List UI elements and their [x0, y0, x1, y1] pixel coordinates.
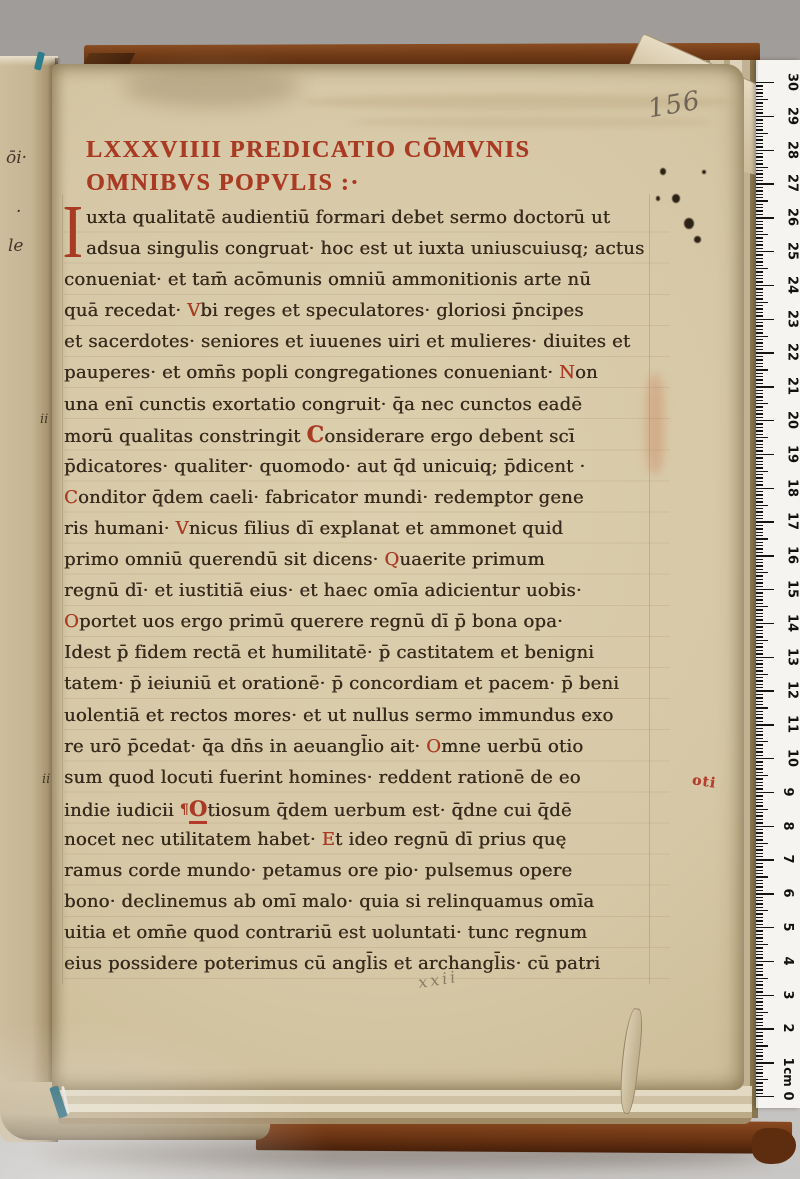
- ruler-tick: [756, 846, 763, 847]
- ruler-tick: [756, 1042, 763, 1043]
- ruler-tick: [756, 826, 774, 827]
- ruler-tick: [756, 751, 763, 752]
- ruler-tick: [756, 920, 763, 921]
- ruler-tick: [756, 413, 763, 414]
- ruler-tick: [756, 187, 763, 188]
- ruler-tick: [756, 663, 763, 664]
- ruler-tick: [756, 292, 763, 293]
- text-segment: pauperes· et omn̄s popli congregationes …: [64, 362, 559, 383]
- ruler-tick: [756, 96, 763, 97]
- ruler-tick: [756, 748, 763, 749]
- ruler-tick: [756, 265, 763, 266]
- ruler-tick: [756, 883, 763, 884]
- text-line: Idest p̄ fidem rectā et humilitatē· p̄ c…: [64, 637, 670, 668]
- ruler-number: 2: [780, 1024, 795, 1033]
- ruler-tick: [756, 761, 763, 762]
- ruler-tick: [756, 85, 763, 86]
- ruler-tick: [756, 440, 763, 441]
- text-segment: mne uerbū otio: [441, 736, 583, 757]
- ruler-tick: [756, 163, 763, 164]
- ruler-tick: [756, 1059, 763, 1060]
- text-line: conueniat· et tam̄ acōmunis omniū ammoni…: [64, 264, 670, 295]
- ruler-tick: [756, 870, 763, 871]
- ruler-number: 29: [785, 107, 800, 125]
- ruler-tick: [756, 538, 768, 539]
- text-line: regnū dī· et iustitiā eius· et haec omīa…: [64, 575, 670, 606]
- ruler-tick: [756, 717, 763, 718]
- gutter-text-fragment: le: [8, 236, 24, 256]
- ruler-tick: [756, 423, 763, 424]
- ruler-tick: [756, 1076, 763, 1077]
- ink-stain: [660, 168, 666, 175]
- ruler-tick: [756, 92, 763, 93]
- ruler-tick: [756, 968, 763, 969]
- text-segment: quā recedat·: [64, 300, 187, 321]
- ruler-number: 13: [785, 648, 800, 666]
- ruler-tick: [756, 1045, 768, 1046]
- rubricated-letter: O: [64, 611, 79, 632]
- ruler-tick: [756, 937, 763, 938]
- ruler-tick: [756, 1022, 763, 1023]
- text-segment: p̄dicatores· qualiter· quomodo· aut q̄d …: [64, 456, 585, 477]
- ruler-tick: [756, 180, 763, 181]
- ruler-tick: [756, 701, 763, 702]
- ruler-tick: [756, 143, 763, 144]
- text-line: quā recedat· Vbi reges et speculatores· …: [64, 295, 670, 326]
- ruler-tick: [756, 640, 768, 641]
- ruler-tick: [756, 545, 763, 546]
- facing-page-bottom-edge: [0, 1082, 270, 1140]
- ruler-tick: [756, 927, 774, 928]
- text-segment: uolentiā et rectos mores· et ut nullus s…: [64, 705, 613, 726]
- ruler-tick: [756, 785, 763, 786]
- ruler-tick: [756, 434, 763, 435]
- ruler-tick: [756, 707, 768, 708]
- ruler-tick: [756, 258, 763, 259]
- ruler-tick: [756, 606, 768, 607]
- text-line: bono· declinemus ab omī malo· quia si re…: [64, 886, 670, 917]
- ruler-tick: [756, 815, 763, 816]
- red-margin-gloss: oti: [691, 772, 717, 792]
- ruler-tick: [756, 288, 763, 289]
- ruler-tick: [756, 805, 763, 806]
- bookmark-thread-bottom: [49, 1085, 67, 1118]
- ruler-tick: [756, 917, 763, 918]
- ruler-tick: [756, 687, 763, 688]
- ruler-tick: [756, 775, 768, 776]
- text-line: et sacerdotes· seniores et iuuenes uiri …: [64, 326, 670, 357]
- ruler-tick: [756, 734, 763, 735]
- ruler-number: 30: [785, 73, 800, 91]
- ruler-tick: [756, 275, 763, 276]
- ruler-tick: [756, 156, 763, 157]
- ruler-tick: [756, 437, 768, 438]
- ruler-tick: [756, 139, 763, 140]
- ruler-tick: [756, 528, 763, 529]
- ruler-tick: [756, 515, 763, 516]
- ruler-tick: [756, 903, 763, 904]
- ruler-tick: [756, 586, 763, 587]
- text-line: re urō p̄cedat· q̄a dn̄s in aeuangl̄io a…: [64, 731, 670, 762]
- rubricated-letter: C: [64, 487, 78, 508]
- text-line: nocet nec utilitatem habet· Et ideo regn…: [64, 824, 670, 855]
- ruler-tick: [756, 346, 763, 347]
- ruler-tick: [756, 119, 763, 120]
- ruler-tick: [756, 809, 768, 810]
- ruler-tick: [756, 660, 763, 661]
- ruler-tick: [756, 613, 763, 614]
- ruler-tick: [756, 853, 763, 854]
- ink-stain: [684, 218, 694, 229]
- page-bottom-edges: [58, 1086, 752, 1124]
- ruler-tick: [756, 271, 763, 272]
- photo-backdrop: ōi··leiiii 156 LXXXVIIII PREDICATIO CŌMV…: [0, 0, 800, 1179]
- ruling-line-left: [62, 194, 63, 984]
- ruler-number: 19: [785, 445, 800, 463]
- ruler-tick: [756, 893, 774, 894]
- text-line: p̄dicatores· qualiter· quomodo· aut q̄d …: [64, 451, 670, 482]
- ruler-tick: [756, 204, 763, 205]
- ruler-tick: [756, 1018, 763, 1019]
- ruler-tick: [756, 653, 763, 654]
- ruler-tick: [756, 224, 763, 225]
- ruler-tick: [756, 383, 763, 384]
- ruler-tick: [756, 494, 763, 495]
- manuscript-page: 156 LXXXVIIII PREDICATIO CŌMVNIS OMNIBVS…: [52, 64, 744, 1090]
- ruler-tick: [756, 616, 763, 617]
- ruler-tick: [756, 863, 763, 864]
- ruler-tick: [756, 849, 763, 850]
- ruler-tick: [756, 1093, 763, 1094]
- ruler-tick: [756, 447, 763, 448]
- ink-stain: [656, 196, 660, 201]
- ruler-tick: [756, 237, 763, 238]
- text-segment: Idest p̄ fidem rectā et humilitatē· p̄ c…: [64, 642, 594, 663]
- ruler-tick: [756, 379, 763, 380]
- leather-cover-corner: [752, 1128, 796, 1164]
- ruler-tick: [756, 481, 763, 482]
- ruler-tick: [756, 106, 763, 107]
- text-segment: uxta qualitatē audientiū formari debet s…: [86, 207, 610, 228]
- ruler-tick: [756, 1028, 774, 1029]
- ruler-tick: [756, 596, 763, 597]
- ruler-number: 17: [785, 512, 800, 530]
- ink-stain: [672, 194, 680, 203]
- ruler-tick: [756, 1001, 763, 1002]
- ruler-tick: [756, 836, 763, 837]
- ruler-tick: [756, 332, 763, 333]
- ruler-tick: [756, 694, 763, 695]
- gutter-text-fragment: ii: [42, 772, 50, 787]
- text-segment: onditor q̄dem caeli· fabricator mundi· r…: [78, 487, 584, 508]
- ruler-number: 27: [785, 174, 800, 192]
- text-segment: adsua singulis congruat· hoc est ut iuxt…: [86, 238, 644, 259]
- ruler-tick: [756, 298, 763, 299]
- ruler-tick: [756, 1032, 763, 1033]
- text-line: Oportet uos ergo primū querere regnū dī …: [64, 606, 670, 637]
- ruler-tick: [756, 572, 768, 573]
- ruler-number: 21: [785, 377, 800, 395]
- ruler-tick: [756, 988, 763, 989]
- ruler-tick: [756, 930, 763, 931]
- ruler-tick: [756, 552, 763, 553]
- ruler-tick: [756, 254, 763, 255]
- ruler-tick: [756, 802, 763, 803]
- ruler-tick: [756, 957, 763, 958]
- ruler-tick: [756, 82, 774, 83]
- ruler-tick: [756, 129, 763, 130]
- ruler-tick: [756, 133, 768, 134]
- ruler-tick: [756, 315, 763, 316]
- ruler-tick: [756, 390, 763, 391]
- ruler-tick: [756, 1035, 763, 1036]
- facing-page-sliver: ōi··leiiii: [0, 56, 58, 1142]
- ruler-tick: [756, 251, 774, 252]
- ruler-tick: [756, 886, 763, 887]
- ruler-number: 0: [780, 1091, 795, 1100]
- bookmark-thread-bottom: [61, 1086, 70, 1114]
- ruler-tick: [756, 342, 763, 343]
- ruler-tick: [756, 1005, 763, 1006]
- text-line: adsua singulis congruat· hoc est ut iuxt…: [64, 233, 670, 264]
- ruler-tick: [756, 866, 763, 867]
- ruler-tick: [756, 991, 763, 992]
- ruler-tick: [756, 799, 763, 800]
- ruler-tick: [756, 369, 768, 370]
- text-segment: re urō p̄cedat· q̄a dn̄s in aeuangl̄io a…: [64, 736, 426, 757]
- text-line: eius possidere poterimus cū angl̄is et a…: [64, 948, 670, 979]
- ruler-tick: [756, 792, 774, 793]
- ruler-tick: [756, 146, 763, 147]
- ruler-tick: [756, 714, 763, 715]
- ruler-tick: [756, 562, 763, 563]
- ruler-tick: [756, 728, 763, 729]
- ruler-tick: [756, 680, 763, 681]
- ruler-number: 1: [780, 1058, 795, 1067]
- ruler-number: 16: [785, 546, 800, 564]
- ruler-tick: [756, 329, 763, 330]
- ruler-tick: [756, 471, 768, 472]
- ruler-tick: [756, 403, 768, 404]
- ruler-tick: [756, 525, 763, 526]
- text-segment: nocet nec utilitatem habet·: [64, 829, 322, 850]
- ruler-tick: [756, 295, 763, 296]
- ruler-tick: [756, 670, 763, 671]
- ruler-tick: [756, 393, 763, 394]
- ruler-tick: [756, 1086, 763, 1087]
- ruler-tick: [756, 396, 763, 397]
- ruler-tick: [756, 619, 763, 620]
- ruler-tick: [756, 565, 763, 566]
- ruler-tick: [756, 559, 763, 560]
- ruler-number: 26: [785, 208, 800, 226]
- ruler-tick: [756, 376, 763, 377]
- rubricated-letter: O: [189, 796, 208, 824]
- ruler-tick: [756, 744, 763, 745]
- ruler-tick: [756, 636, 763, 637]
- text-segment: bi reges et speculatores· gloriosi p̄nci…: [200, 300, 583, 321]
- ruler-tick: [756, 99, 768, 100]
- ruler-tick: [756, 592, 763, 593]
- ruler-tick: [756, 231, 763, 232]
- text-segment: una enī cunctis exortatio congruit· q̄a …: [64, 394, 582, 415]
- ruler-tick: [756, 721, 763, 722]
- text-line: morū qualitas constringit Considerare er…: [64, 420, 670, 451]
- ruler-tick: [756, 430, 763, 431]
- ruler-tick: [756, 450, 763, 451]
- ruler-tick: [756, 190, 763, 191]
- ruler-tick: [756, 843, 768, 844]
- ruler-tick: [756, 876, 768, 877]
- ruler-number: 6: [780, 889, 795, 898]
- ruler-tick: [756, 873, 763, 874]
- ruler-tick: [756, 491, 763, 492]
- ruler-tick: [756, 532, 763, 533]
- ruler-number: 9: [780, 787, 795, 796]
- ruler-tick: [756, 795, 763, 796]
- text-segment: primo omniū querendū sit dicens·: [64, 549, 384, 570]
- text-segment: ramus corde mundo· petamus ore pio· puls…: [64, 860, 572, 881]
- ruler-tick: [756, 308, 763, 309]
- text-segment: ris humani·: [64, 518, 176, 539]
- ruler-tick: [756, 234, 768, 235]
- ruler-tick: [756, 1015, 763, 1016]
- ruler-tick: [756, 359, 763, 360]
- ruler-tick: [756, 386, 774, 387]
- ruler-tick: [756, 964, 763, 965]
- ruler-tick: [756, 772, 763, 773]
- ruler-number: 24: [785, 276, 800, 294]
- ruler-tick: [756, 890, 763, 891]
- ruler-tick: [756, 406, 763, 407]
- ruler-tick: [756, 856, 763, 857]
- ruler-tick: [756, 738, 763, 739]
- ruler-number: 11: [785, 715, 800, 733]
- ruler-tick: [756, 474, 763, 475]
- ruler-tick: [756, 177, 763, 178]
- rubric-heading: LXXXVIIII PREDICATIO CŌMVNIS OMNIBVS POP…: [86, 134, 530, 200]
- ruler-tick: [756, 1025, 763, 1026]
- ruler-tick: [756, 363, 763, 364]
- ruler-tick: [756, 758, 774, 759]
- ruler-tick: [756, 768, 763, 769]
- ruler-tick: [756, 227, 763, 228]
- text-line: sum quod locuti fuerint homines· reddent…: [64, 762, 670, 793]
- rubricated-letter: E: [322, 829, 335, 850]
- ruler-tick: [756, 839, 763, 840]
- ruler-tick: [756, 704, 763, 705]
- text-segment: conueniat· et tam̄ acōmunis omniū ammoni…: [64, 269, 591, 290]
- ruler-tick: [756, 356, 763, 357]
- ruler-tick: [756, 153, 763, 154]
- ruler-tick: [756, 319, 774, 320]
- ruler-tick: [756, 325, 763, 326]
- ruler-tick: [756, 812, 763, 813]
- ruler-tick: [756, 200, 768, 201]
- ruler-tick: [756, 484, 763, 485]
- ruler-tick: [756, 410, 763, 411]
- text-line: uolentiā et rectos mores· et ut nullus s…: [64, 700, 670, 731]
- text-line: indie iudicii ¶Otiosum q̄dem uerbum est·…: [64, 793, 670, 824]
- ruler-tick: [756, 589, 774, 590]
- ruler-tick: [756, 684, 763, 685]
- ruler-tick: [756, 650, 763, 651]
- ruler-tick: [756, 194, 763, 195]
- ruler-tick: [756, 1066, 763, 1067]
- ruler-tick: [756, 214, 763, 215]
- ruler-tick: [756, 1049, 763, 1050]
- ruler-tick: [756, 210, 763, 211]
- ruler-tick: [756, 302, 768, 303]
- ruler-tick: [756, 1082, 763, 1083]
- ruler-tick: [756, 765, 763, 766]
- ink-stain: [694, 236, 701, 243]
- ruler-tick: [756, 285, 774, 286]
- ruler-tick: [756, 951, 763, 952]
- ruler-tick: [756, 677, 763, 678]
- ruler-tick: [756, 998, 763, 999]
- ruler-number: 5: [780, 922, 795, 931]
- ruler-tick: [756, 109, 763, 110]
- ruler-tick: [756, 1039, 763, 1040]
- text-line: una enī cunctis exortatio congruit· q̄a …: [64, 389, 670, 420]
- ruler-number: 23: [785, 310, 800, 328]
- ruler-tick: [756, 126, 763, 127]
- ruler-number: 4: [780, 956, 795, 965]
- ruler-tick: [756, 420, 774, 421]
- ruler-tick: [756, 788, 763, 789]
- ruler-tick: [756, 910, 768, 911]
- ruler-tick: [756, 457, 763, 458]
- ruler-tick: [756, 924, 763, 925]
- ruler-tick: [756, 535, 763, 536]
- body-text: uxta qualitatē audientiū formari debet s…: [64, 202, 670, 979]
- text-segment: onsiderare ergo debent scī: [324, 426, 574, 447]
- ruler-number: 3: [780, 990, 795, 999]
- ruler-tick: [756, 336, 768, 337]
- ruler-tick: [756, 880, 763, 881]
- ruler-tick: [756, 160, 763, 161]
- ruler-tick: [756, 822, 763, 823]
- ruler-tick: [756, 954, 763, 955]
- ruler-tick: [756, 305, 763, 306]
- ruler-number: 8: [780, 821, 795, 830]
- ruler-tick: [756, 555, 774, 556]
- rubricated-letter: N: [559, 362, 575, 383]
- ruler-tick: [756, 521, 774, 522]
- ruler-tick: [756, 1069, 763, 1070]
- ruler-tick: [756, 461, 763, 462]
- ruler-tick: [756, 444, 763, 445]
- ruler-tick: [756, 819, 763, 820]
- ruler-tick: [756, 974, 763, 975]
- ruler-number: 28: [785, 141, 800, 159]
- ruler-tick: [756, 167, 768, 168]
- ruler-tick: [756, 778, 763, 779]
- ruler-tick: [756, 221, 763, 222]
- ruler-tick: [756, 1062, 774, 1063]
- rubric-heading-line-1: LXXXVIIII PREDICATIO CŌMVNIS: [86, 134, 530, 167]
- ruler-tick: [756, 626, 763, 627]
- ruler-tick: [756, 349, 763, 350]
- ruler-tick: [756, 755, 763, 756]
- ruler-tick: [756, 542, 763, 543]
- text-segment: t ideo regnū dī prius quę: [335, 829, 566, 850]
- ruler-tick: [756, 366, 763, 367]
- ruler-tick: [756, 724, 774, 725]
- text-segment: et sacerdotes· seniores et iuuenes uiri …: [64, 331, 630, 352]
- ruler-tick: [756, 281, 763, 282]
